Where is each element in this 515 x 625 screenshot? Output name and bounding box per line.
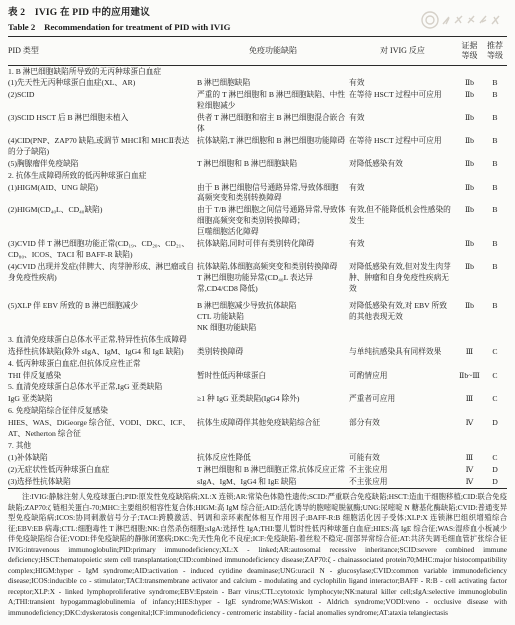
- section-row: 7. 其他: [8, 441, 507, 453]
- pid-type-cell: (2)HIGM(CD₄₀L、CD₄₀缺陷): [8, 205, 197, 239]
- recommend-grade-cell: C: [483, 394, 507, 406]
- evidence-grade-cell: Ⅳ: [456, 476, 483, 488]
- data-row: (5)XLP 伴 EBV 所致的 B 淋巴细胞减少B 淋巴细胞减少导致抗体缺陷 …: [8, 295, 507, 334]
- recommend-grade-cell: C: [483, 452, 507, 464]
- ivig-response-cell: 对降低感染有效,但对发生肉芽肿、肿瘤和自身免疫性疾病无效: [349, 261, 456, 295]
- section-title: 5. 血清免疫球蛋白总体水平正常,IgG 亚类缺陷: [8, 382, 507, 394]
- evidence-grade-cell: Ⅱb: [456, 295, 483, 334]
- table-title-cn: 表 2 IVIG 在 PID 中的应用建议: [8, 4, 507, 18]
- paper-page: 表 2 IVIG 在 PID 中的应用建议 Table 2 Recommenda…: [0, 0, 515, 618]
- immune-defect-cell: 供者 T 淋巴细胞和宿主 B 淋巴细胞混合嵌合体: [197, 113, 349, 136]
- table-header: PID 类型 免疫功能缺陷 对 IVIG 反应 证据 等级 推荐 等级: [8, 37, 507, 66]
- evidence-grade-cell: Ⅱb: [456, 113, 483, 136]
- data-row: (5)胸腺瘤伴免疫缺陷T 淋巴细胞和 B 淋巴细胞缺陷对降低感染有效ⅡbB: [8, 158, 507, 170]
- data-row: (4)CVID 出现并发症(伴脾大、肉芽肿形成、淋巴瘤或自身免疫性疾病)抗体缺陷…: [8, 261, 507, 295]
- ivig-response-cell: 可能有效: [349, 452, 456, 464]
- ivig-response-cell: 在等待 HSCT 过程中可应用: [349, 135, 456, 158]
- recommend-grade-cell: B: [483, 78, 507, 90]
- pid-type-cell: (5)胸腺瘤伴免疫缺陷: [8, 158, 197, 170]
- immune-defect-cell: 抗体反应性降低: [197, 452, 349, 464]
- evidence-grade-cell: Ⅱb~Ⅲ: [456, 370, 483, 382]
- section-title: 4. 低丙种球蛋白血症,但抗体反应性正常: [8, 358, 507, 370]
- immune-defect-cell: 由于 T/B 淋巴细胞之间信号通路异常,导致体细胞高频突变和类别转换障碍； 巨噬…: [197, 205, 349, 239]
- immune-defect-cell: 严重的 T 淋巴细胞和 B 淋巴细胞缺陷、中性粒细胞减少: [197, 90, 349, 113]
- ivig-response-cell: 可酌情应用: [349, 370, 456, 382]
- pid-type-cell: (2)SCID: [8, 90, 197, 113]
- data-row: (4)CID(PNP、ZAP70 缺陷,或调节 MHCⅠ和 MHCⅡ表达的分子缺…: [8, 135, 507, 158]
- section-row: 2. 抗体生成障碍所致的低丙种球蛋白血症: [8, 170, 507, 182]
- evidence-grade-cell: Ⅱb: [456, 205, 483, 239]
- recommend-grade-cell: B: [483, 90, 507, 113]
- evidence-grade-cell: Ⅱb: [456, 261, 483, 295]
- immune-defect-cell: 抗体缺陷,同时可伴有类别转化障碍: [197, 239, 349, 262]
- recommend-grade-cell: D: [483, 464, 507, 476]
- immune-defect-cell: T 淋巴细胞和 B 淋巴细胞正常,抗体反应正常: [197, 464, 349, 476]
- data-row: (3)选择性抗体缺陷sIgA、IgM、IgG4 和 IgE 缺陷不主张应用ⅣD: [8, 476, 507, 488]
- evidence-grade-cell: Ⅱb: [456, 182, 483, 205]
- data-row: (2)HIGM(CD₄₀L、CD₄₀缺陷)由于 T/B 淋巴细胞之间信号通路异常…: [8, 205, 507, 239]
- section-row: 3. 血清免疫球蛋白总体水平正常,特异性抗体生成障碍: [8, 334, 507, 346]
- pid-type-cell: (3)选择性抗体缺陷: [8, 476, 197, 488]
- table-title-en: Table 2 Recommendation for treatment of …: [8, 20, 507, 33]
- pid-ivig-table: PID 类型 免疫功能缺陷 对 IVIG 反应 证据 等级 推荐 等级 1. B…: [8, 36, 507, 489]
- ivig-response-cell: 与单纯抗感染具有同样效果: [349, 346, 456, 358]
- evidence-grade-cell: Ⅲ: [456, 394, 483, 406]
- evidence-grade-cell: Ⅱb: [456, 239, 483, 262]
- ivig-response-cell: 有效,但不能降低机会性感染的发生: [349, 205, 456, 239]
- ivig-response-cell: 在等待 HSCT 过程中可应用: [349, 90, 456, 113]
- recommend-grade-cell: B: [483, 239, 507, 262]
- col-header-ivig-response: 对 IVIG 反应: [349, 37, 456, 66]
- abbreviation-notes: 注:IVIG:静脉注射人免疫球蛋白;PID:原发性免疫缺陷病;XL:X 连锁;A…: [8, 492, 507, 618]
- ivig-response-cell: 有效: [349, 113, 456, 136]
- ivig-response-cell: 有效: [349, 182, 456, 205]
- evidence-grade-cell: Ⅲ: [456, 452, 483, 464]
- pid-type-cell: (3)SCID HSCT 后 B 淋巴细胞未植入: [8, 113, 197, 136]
- recommend-grade-cell: C: [483, 346, 507, 358]
- data-row: (3)CVID 伴 T 淋巴细胞功能正常(CD₁₉、CD₂₀、CD₂₁、CD₈₀…: [8, 239, 507, 262]
- pid-type-cell: (4)CVID 出现并发症(伴脾大、肉芽肿形成、淋巴瘤或自身免疫性疾病): [8, 261, 197, 295]
- immune-defect-cell: ≥1 种 IgG 亚类缺陷(IgG4 除外): [197, 394, 349, 406]
- section-title: 1. B 淋巴细胞缺陷所导致的无丙种球蛋白血症: [8, 66, 507, 78]
- recommend-grade-cell: B: [483, 295, 507, 334]
- col-header-recommend-grade: 推荐 等级: [483, 37, 507, 66]
- ivig-response-cell: 不主张应用: [349, 464, 456, 476]
- data-row: HIES、WAS、DiGeorge 综合征、VODI、DKC、ICF、AT、Ne…: [8, 418, 507, 441]
- data-row: (1)补体缺陷抗体反应性降低可能有效ⅢC: [8, 452, 507, 464]
- immune-defect-cell: sIgA、IgM、IgG4 和 IgE 缺陷: [197, 476, 349, 488]
- section-title: 3. 血清免疫球蛋白总体水平正常,特异性抗体生成障碍: [8, 334, 507, 346]
- pid-type-cell: 选择性抗体缺陷(除外 sIgA、IgM、IgG4 和 IgE 缺陷): [8, 346, 197, 358]
- table-body: 1. B 淋巴细胞缺陷所导致的无丙种球蛋白血症(1)先天性无丙种球蛋白血症(XL…: [8, 66, 507, 489]
- recommend-grade-cell: B: [483, 182, 507, 205]
- data-row: THI 伴反复感染暂时性低丙种球蛋白可酌情应用Ⅱb~ⅢC: [8, 370, 507, 382]
- evidence-grade-cell: Ⅲ: [456, 346, 483, 358]
- immune-defect-cell: 抗体缺陷,体细胞高频突变和类别转换障碍 T 淋巴细胞功能异常(CD₄₀L 表达异…: [197, 261, 349, 295]
- section-row: 1. B 淋巴细胞缺陷所导致的无丙种球蛋白血症: [8, 66, 507, 78]
- pid-type-cell: IgG 亚类缺陷: [8, 394, 197, 406]
- ivig-response-cell: 有效: [349, 239, 456, 262]
- recommend-grade-cell: D: [483, 476, 507, 488]
- pid-type-cell: (3)CVID 伴 T 淋巴细胞功能正常(CD₁₉、CD₂₀、CD₂₁、CD₈₀…: [8, 239, 197, 262]
- immune-defect-cell: T 淋巴细胞和 B 淋巴细胞缺陷: [197, 158, 349, 170]
- data-row: (3)SCID HSCT 后 B 淋巴细胞未植入供者 T 淋巴细胞和宿主 B 淋…: [8, 113, 507, 136]
- recommend-grade-cell: B: [483, 261, 507, 295]
- pid-type-cell: (1)先天性无丙种球蛋白血症(XL、AR): [8, 78, 197, 90]
- immune-defect-cell: B 淋巴细胞缺陷: [197, 78, 349, 90]
- immune-defect-cell: 抗体缺陷,T 淋巴细胞和 B 淋巴细胞功能障碍: [197, 135, 349, 158]
- immune-defect-cell: 由于 B 淋巴细胞信号通路异常,导致体细胞高频突变和类别转换障碍: [197, 182, 349, 205]
- col-header-pid-type: PID 类型: [8, 37, 197, 66]
- section-row: 5. 血清免疫球蛋白总体水平正常,IgG 亚类缺陷: [8, 382, 507, 394]
- ivig-response-cell: 部分有效: [349, 418, 456, 441]
- pid-type-cell: (2)无症状性低丙种球蛋白血症: [8, 464, 197, 476]
- pid-type-cell: (1)补体缺陷: [8, 452, 197, 464]
- immune-defect-cell: 暂时性低丙种球蛋白: [197, 370, 349, 382]
- data-row: IgG 亚类缺陷≥1 种 IgG 亚类缺陷(IgG4 除外)严重者可应用ⅢC: [8, 394, 507, 406]
- ivig-response-cell: 有效: [349, 78, 456, 90]
- data-row: (2)SCID严重的 T 淋巴细胞和 B 淋巴细胞缺陷、中性粒细胞减少在等待 H…: [8, 90, 507, 113]
- evidence-grade-cell: Ⅳ: [456, 418, 483, 441]
- evidence-grade-cell: Ⅱb: [456, 78, 483, 90]
- section-title: 2. 抗体生成障碍所致的低丙种球蛋白血症: [8, 170, 507, 182]
- evidence-grade-cell: Ⅳ: [456, 464, 483, 476]
- evidence-grade-cell: Ⅱb: [456, 158, 483, 170]
- immune-defect-cell: 类别转换障碍: [197, 346, 349, 358]
- recommend-grade-cell: B: [483, 135, 507, 158]
- immune-defect-cell: 抗体生成障碍伴其他免疫缺陷综合征: [197, 418, 349, 441]
- data-row: (1)先天性无丙种球蛋白血症(XL、AR)B 淋巴细胞缺陷有效ⅡbB: [8, 78, 507, 90]
- section-title: 6. 免疫缺陷综合征伴反复感染: [8, 406, 507, 418]
- recommend-grade-cell: B: [483, 205, 507, 239]
- ivig-response-cell: 对降低感染有效,对 EBV 所致的其他表现无效: [349, 295, 456, 334]
- pid-type-cell: (4)CID(PNP、ZAP70 缺陷,或调节 MHCⅠ和 MHCⅡ表达的分子缺…: [8, 135, 197, 158]
- ivig-response-cell: 不主张应用: [349, 476, 456, 488]
- recommend-grade-cell: C: [483, 370, 507, 382]
- section-row: 6. 免疫缺陷综合征伴反复感染: [8, 406, 507, 418]
- evidence-grade-cell: Ⅱb: [456, 90, 483, 113]
- pid-type-cell: THI 伴反复感染: [8, 370, 197, 382]
- recommend-grade-cell: B: [483, 158, 507, 170]
- section-row: 4. 低丙种球蛋白血症,但抗体反应性正常: [8, 358, 507, 370]
- data-row: (1)HIGM(AID、UNG 缺陷)由于 B 淋巴细胞信号通路异常,导致体细胞…: [8, 182, 507, 205]
- recommend-grade-cell: B: [483, 113, 507, 136]
- pid-type-cell: (1)HIGM(AID、UNG 缺陷): [8, 182, 197, 205]
- data-row: 选择性抗体缺陷(除外 sIgA、IgM、IgG4 和 IgE 缺陷)类别转换障碍…: [8, 346, 507, 358]
- data-row: (2)无症状性低丙种球蛋白血症T 淋巴细胞和 B 淋巴细胞正常,抗体反应正常不主…: [8, 464, 507, 476]
- pid-type-cell: (5)XLP 伴 EBV 所致的 B 淋巴细胞减少: [8, 295, 197, 334]
- pid-type-cell: HIES、WAS、DiGeorge 综合征、VODI、DKC、ICF、AT、Ne…: [8, 418, 197, 441]
- ivig-response-cell: 严重者可应用: [349, 394, 456, 406]
- recommend-grade-cell: D: [483, 418, 507, 441]
- evidence-grade-cell: Ⅱb: [456, 135, 483, 158]
- col-header-immune-defect: 免疫功能缺陷: [197, 37, 349, 66]
- ivig-response-cell: 对降低感染有效: [349, 158, 456, 170]
- col-header-evidence-grade: 证据 等级: [456, 37, 483, 66]
- immune-defect-cell: B 淋巴细胞减少导致抗体缺陷 CTL 功能缺陷 NK 细胞功能缺陷: [197, 295, 349, 334]
- section-title: 7. 其他: [8, 441, 507, 453]
